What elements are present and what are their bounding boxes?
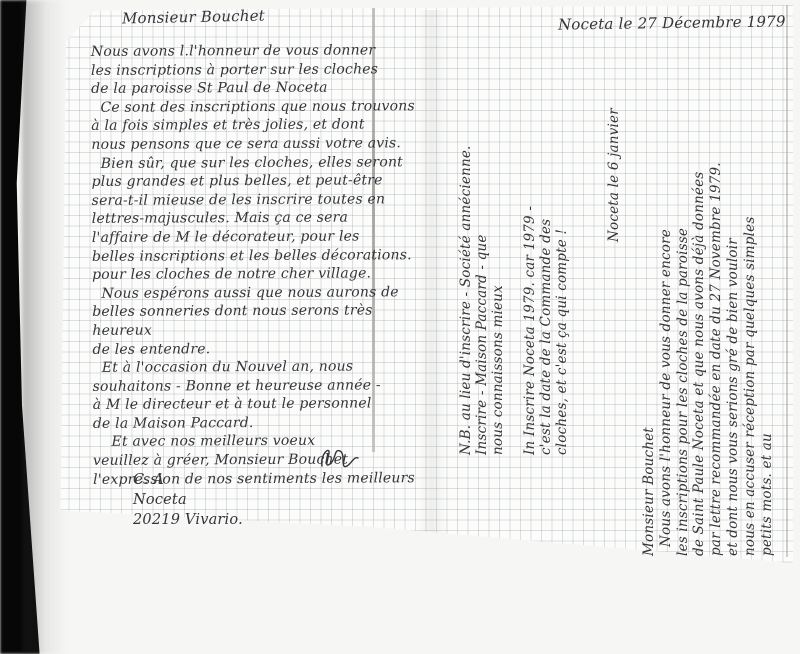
letter-salutation: Monsieur Bouchet [122,7,265,28]
handwritten-line: Et à l'occasion du Nouvel an, nous [92,357,432,377]
signature-scribble-icon [316,444,362,478]
handwritten-line: sera-t-il mieuse de les inscrire toutes … [92,190,432,210]
handwritten-line: souhaitons - Bonne et heureuse année - [93,376,433,396]
scanned-letter-page: Monsieur Bouchet Noceta le 27 Décembre 1… [0,0,800,654]
handwritten-line: de la Maison Paccard. [93,413,433,433]
handwritten-line: à M le directeur et à tout le personnel [93,394,433,414]
nb-note-vertical: N.B. au lieu d'inscrire - Société annéci… [458,70,570,455]
handwritten-line: nous connaissons mieux [490,70,506,455]
letter-date: Noceta le 27 Décembre 1979 [558,12,786,33]
handwritten-line: N.B. au lieu d'inscrire - Société annéci… [458,70,474,455]
handwritten-line: plus grandes et plus belles, et peut-êtr… [92,171,432,191]
handwritten-line: Noceta [133,490,243,510]
handwritten-line: de Saint Paule Noceta et que nous avons … [691,76,708,556]
handwritten-line: Ce sont des inscriptions que nous trouvo… [91,97,431,117]
right-page-edge-line [786,5,788,557]
handwritten-line: C. A [133,470,243,490]
second-letter-vertical: Monsieur Bouchet Nous avons l'honneur de… [641,76,775,556]
handwritten-line: à la fois simples et très jolies, et don… [91,115,431,135]
sender-address: C. ANoceta20219 Vivario. [133,470,243,530]
handwritten-line: Nous avons l'honneur de vous donner enco… [658,76,675,556]
handwritten-line: In Inscrire Noceta 1979. car 1979 - [522,70,538,455]
handwritten-line: cloches, et c'est ça qui compte ! [554,70,570,455]
handwritten-line: Nous avons l.l'honneur de vous donner [91,41,431,61]
handwritten-line: de les entendre. [92,339,432,359]
handwritten-line: par lettre recommandée en date du 27 Nov… [708,76,725,556]
handwritten-line: de la paroisse St Paul de Noceta [91,78,431,98]
scan-shadow-smudge [22,0,68,654]
handwritten-line: nous pensons que ce sera aussi votre avi… [91,134,431,154]
handwritten-line: lettres-majuscules. Mais ça ce sera [92,208,432,228]
handwritten-line: petits mots. et au [759,76,776,556]
handwritten-line: les inscriptions à porter sur les cloche… [91,60,431,80]
handwritten-line: veuillez à gréer, Monsieur Bouchet [93,450,433,470]
handwritten-line: belles inscriptions et les belles décora… [92,246,432,266]
handwritten-line: et dont nous vous serions gré de bien vo… [725,76,742,556]
handwritten-line: belles sonneries dont nous serons très h… [92,301,432,340]
handwritten-line: Nous espérons aussi que nous aurons de [92,283,432,303]
handwritten-line: Et avec nos meilleurs voeux [93,432,433,452]
handwritten-line: Inscrire - Maison Paccard - que [474,70,490,455]
handwritten-line: Bien sûr, que sur les cloches, elles ser… [91,153,431,173]
handwritten-line: l'affaire de M le décorateur, pour les [92,227,432,247]
handwritten-line: 20219 Vivario. [133,510,243,530]
handwritten-line [506,70,522,455]
handwritten-line: les inscriptions pour les cloches de la … [675,76,692,556]
letter-body: Nous avons l.l'honneur de vous donnerles… [91,41,433,489]
handwritten-line: nous en accuser réception par quelques s… [742,76,759,556]
handwritten-line: Monsieur Bouchet [641,76,658,556]
handwritten-line: c'est la date de la Commande des [538,70,554,455]
second-letter-date: Noceta le 6 janvier [606,92,622,242]
handwritten-line: pour les cloches de notre cher village. [92,264,432,284]
